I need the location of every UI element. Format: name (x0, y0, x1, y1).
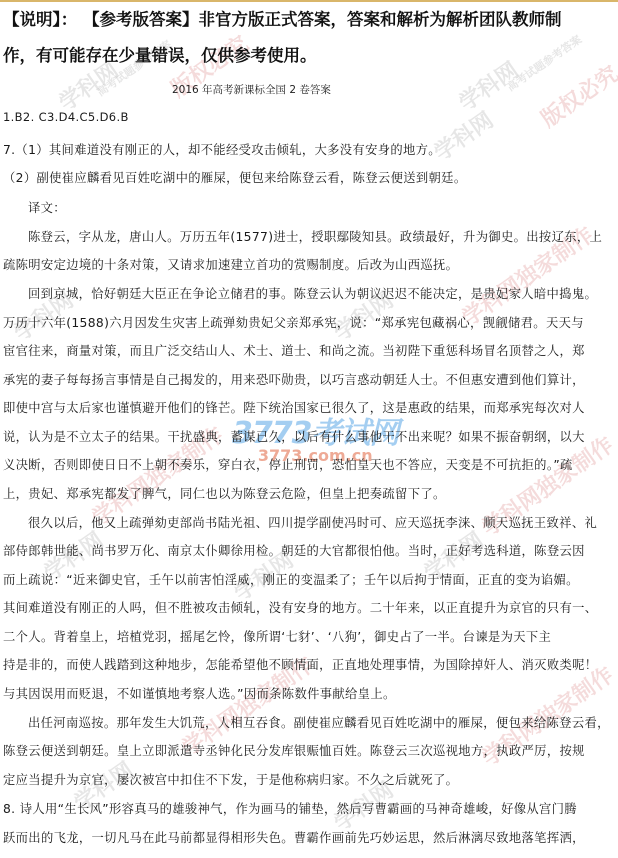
paragraph-line: 上，贵妃、郑承宪都发了脾气，同仁也以为陈登云危险，但皇上把奏疏留下了。 (3, 484, 446, 502)
paragraph-line: 部侍郎韩世能、尚书罗万化、南京太仆卿徐用检。朝廷的大官都很怕他。当时，正好考选科… (3, 541, 585, 559)
paragraph-line: 说，认为是不立太子的结果。干扰盛典，蓄谋已久，以后有什么事他干不出来呢？如果不振… (3, 427, 585, 445)
document-title: 2016 年高考新课标全国 2 卷答案 (172, 82, 331, 97)
answer-q8-line: 跃而出的飞龙，一切凡马在此马前都显得相形失色。曹霸作画前先巧妙运思，然后淋漓尽致… (3, 828, 585, 846)
watermark-logo-sub: 高考试题参考答案 (503, 31, 584, 95)
notice-line-1: 【说明】： 【参考版答案】非官方版正式答案，答案和解析为解析团队教师制 (3, 6, 562, 30)
paragraph-line: 很久以后，他又上疏弹劾吏部尚书陆光祖、四川提学副使冯时可、应天巡抚李涞、顺天巡抚… (28, 513, 597, 531)
answer-q7-2: （2）副使崔应麟看见百姓吃湖中的雁屎，便包来给陈登云看，陈登云便送到朝廷。 (3, 168, 466, 186)
paragraph-line: 义决断，否则即使日日不上朝不奏乐，穿白衣，停止刑罚，恐怕皇天也不答应，天变是不可… (3, 455, 573, 473)
paragraph-line: 二个人。背着皇上，培植党羽，摇尾乞怜，像所谓‘七豺’、‘八狗’，御史占了一半。台… (3, 627, 551, 645)
paragraph-line: 定应当提升为京官，屡次被宫中扣住不下发，于是他称病归家。不久之后就死了。 (3, 770, 458, 788)
answer-q8-line: 8. 诗人用“生长风”形容真马的雄骏神气，作为画马的铺垫，然后写曹霸画的马神奇雄… (3, 799, 577, 817)
paragraph-line: 与其因误用而贬退，不如谨慎地考察人选。”因而条陈数件事献给皇上。 (3, 684, 396, 702)
paragraph-line: 承宪的妻子每每扬言事情是自己揭发的，用来恐吓勋贵，以巧言惑动朝廷人士。不但惠安遭… (3, 370, 585, 388)
paragraph-line: 即使中宫与太后家也谨慎避开他们的锋芒。陛下统治国家已很久了，这是惠政的结果，而郑… (3, 398, 585, 416)
notice-line-2: 作，有可能存在少量错误，仅供参考使用。 (3, 42, 317, 66)
watermark-slogan: 版权必究 (534, 58, 618, 134)
answer-choices: 1.B2. C3.D4.C5.D6.B (3, 110, 129, 124)
paragraph-line: 其间难道没有刚正的人吗，但不胜被攻击倾轧，没有安身的地方。二十年来，以正直提升为… (3, 598, 597, 616)
paragraph-line: 出任河南巡按。那年发生大饥荒，人相互吞食。副使崔应麟看见百姓吃湖中的雁屎，便包来… (28, 713, 610, 731)
paragraph-line: 疏陈明安定边境的十条对策，又请求加速建立首功的赏赐制度。后改为山西巡抚。 (3, 255, 458, 273)
paragraph-line: 回到京城，恰好朝廷大臣正在争论立储君的事。陈登云认为朝议迟迟不能决定，是贵妃家人… (28, 284, 597, 302)
translation-label: 译文： (28, 198, 66, 216)
paragraph-line: 陈登云，字从龙，唐山人。万历五年(1577)进士，授职鄢陵知县。政绩最好，升为御… (28, 227, 602, 245)
paragraph-line: 而上疏说：“近来御史官，壬午以前害怕淫威，刚正的变温柔了；壬午以后拘于情面，正直… (3, 570, 579, 588)
watermark-logo: 学科网 (452, 54, 524, 117)
answer-q7-1: 7.（1）其间难道没有刚正的人，却不能经受攻击倾轧，大多没有安身的地方。 (3, 140, 441, 158)
paragraph-line: 陈登云便送到朝廷。皇上立即派遣寺丞钟化民分发库银赈恤百姓。陈登云三次巡视地方，执… (3, 741, 585, 759)
paragraph-line: 万历十六年(1588)六月因发生灾害上疏弹劾贵妃父亲郑承宪，说：“郑承宪包藏祸心… (3, 313, 584, 331)
paragraph-line: 持是非的，而使人践踏到这种地步，怎能希望他不顾情面，正直地处理事情，为国除掉奸人… (3, 655, 597, 673)
paragraph-line: 宦官往来，商量对策，而且广泛交结山人、术士、道士、和尚之流。当初陛下重惩科场冒名… (3, 341, 585, 359)
top-border (0, 0, 618, 2)
